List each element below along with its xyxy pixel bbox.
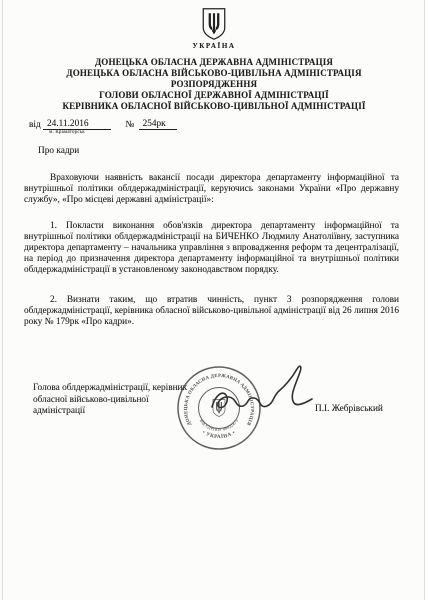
number-label: № [125,120,134,130]
document-type-title: РОЗПОРЯДЖЕННЯ [0,79,428,90]
document-letterhead: ДОНЕЦЬКА ОБЛАСНА ДЕРЖАВНА АДМІНІСТРАЦІЯ … [0,57,428,112]
document-body: Враховуючи наявність вакансії посади дир… [24,173,399,340]
subject-line: Про кадри [38,146,79,156]
svg-text:код ЄДРПОУ 00022473: код ЄДРПОУ 00022473 [199,418,239,432]
date-number-line: від 24.11.2016 № 254рк [29,119,177,130]
stamp-edrpou-text: код ЄДРПОУ 00022473 [199,418,239,432]
signer-position: Голова облдержадміністрації, керівник об… [33,383,191,418]
scanned-document-page: УКРАЇНА ДОНЕЦЬКА ОБЛАСНА ДЕРЖАВНА АДМІНІ… [0,0,428,600]
number-value: 254рк [139,119,177,130]
order-item-1: 1. Покласти виконання обов'язків директо… [24,221,399,277]
preamble-paragraph: Враховуючи наявність вакансії посади дир… [24,173,399,207]
order-item-2: 2. Визнати таким, що втратив чинність, п… [24,295,399,329]
date-value: 24.11.2016 [43,119,111,130]
signer-name: П.І. Жебрівський [315,404,383,414]
letterhead-line: КЕРІВНИКА ОБЛАСНОЇ ВІЙСЬКОВО-ЦИВІЛЬНОЇ А… [0,101,428,112]
emblem-country-label: УКРАЇНА [0,42,428,50]
letterhead-line: ГОЛОВИ ОБЛАСНОЇ ДЕРЖАВНОЇ АДМІНІСТРАЦІЇ [0,90,428,101]
issuing-city: м. Краматорськ [36,130,98,135]
ukraine-trident-emblem-icon [201,7,228,41]
letterhead-line: ДОНЕЦЬКА ОБЛАСНА ДЕРЖАВНА АДМІНІСТРАЦІЯ [0,57,428,68]
handwritten-signature [200,358,325,420]
letterhead-line: ДОНЕЦЬКА ОБЛАСНА ВІЙСЬКОВО-ЦИВІЛЬНА АДМІ… [0,68,428,79]
date-label: від [29,120,41,130]
